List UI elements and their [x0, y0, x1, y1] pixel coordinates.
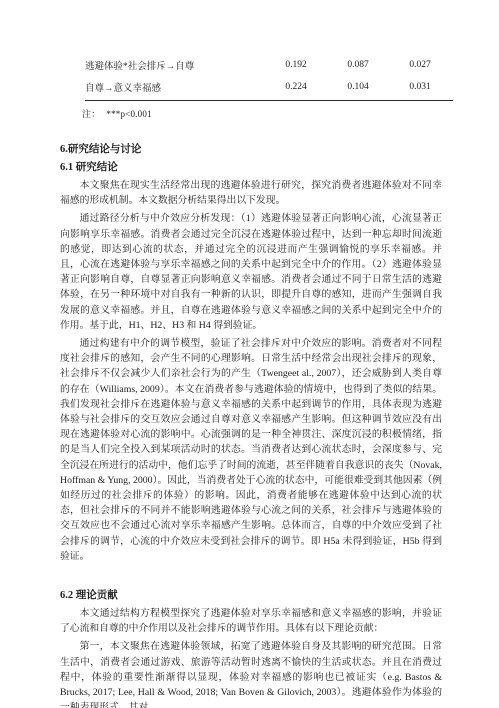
coefficient-value: 0.087: [327, 60, 389, 70]
coefficient-value: 0.031: [389, 82, 451, 92]
table-row: 逃避体验*社会排斥→自尊 0.192 0.087 0.027: [85, 54, 453, 76]
note-prefix: 注：: [82, 109, 100, 119]
coefficient-value: 0.192: [265, 60, 327, 70]
subsection-heading-contribution: 6.2 理论贡献: [60, 588, 442, 603]
subsection-heading-findings: 6.1 研究结论: [60, 160, 442, 175]
path-coefficients-table: 逃避体验*社会排斥→自尊 0.192 0.087 0.027 自尊→意义幸福感 …: [85, 54, 453, 120]
note-text: ***p<0.001: [106, 109, 151, 119]
paragraph: 本文通过结构方程模型探究了逃避体验对享乐幸福感和意义幸福感的影响，并验证了心流和…: [60, 606, 442, 636]
document-page: 逃避体验*社会排斥→自尊 0.192 0.087 0.027 自尊→意义幸福感 …: [0, 0, 499, 708]
coefficient-value: 0.104: [327, 82, 389, 92]
path-label: 自尊→意义幸福感: [85, 80, 265, 94]
table-row: 自尊→意义幸福感 0.224 0.104 0.031: [85, 76, 453, 98]
coefficient-value: 0.224: [265, 82, 327, 92]
path-label: 逃避体验*社会排斥→自尊: [85, 58, 265, 72]
paragraph: 通过构建有中介的调节模型，验证了社会排斥对中介效应的影响。消费者对不同程度社会排…: [60, 336, 442, 564]
paragraph: 通过路径分析与中介效应分析发现：（1）逃避体验显著正向影响心流，心流显著正向影响…: [60, 211, 442, 333]
paragraph: 第一，本文聚焦在逃避体验领域，拓宽了逃避体验自身及其影响的研究范围。日常生活中，…: [60, 639, 442, 708]
paragraph: 本文聚焦在现实生活经常出现的逃避体验进行研究，探究消费者逃避体验对不同幸福感的形…: [60, 178, 442, 208]
significance-note: 注：***p<0.001: [82, 107, 453, 120]
body-content: 6.研究结论与讨论 6.1 研究结论 本文聚焦在现实生活经常出现的逃避体验进行研…: [0, 142, 499, 708]
coefficient-value: 0.027: [389, 60, 451, 70]
section-heading-conclusion: 6.研究结论与讨论: [60, 142, 442, 157]
table-body: 逃避体验*社会排斥→自尊 0.192 0.087 0.027 自尊→意义幸福感 …: [85, 54, 453, 101]
